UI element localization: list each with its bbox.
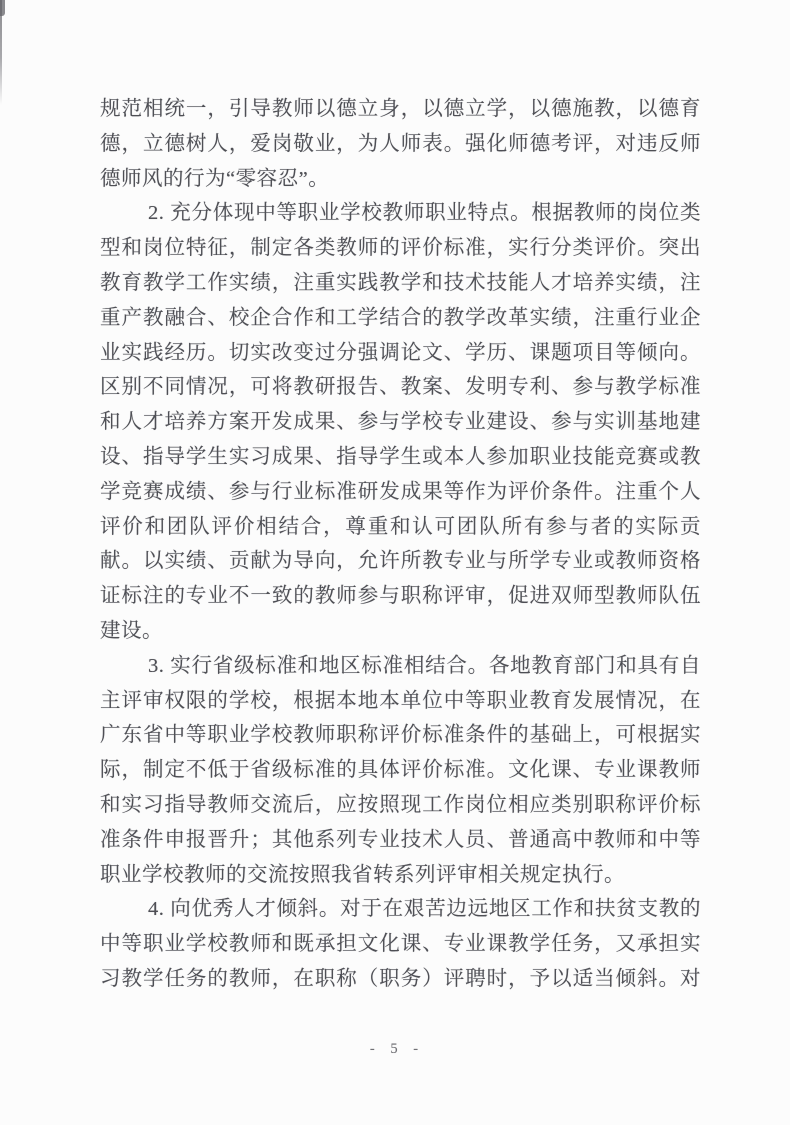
text-line: 和实习指导教师交流后，应按照现工作岗位相应类别职称评价标 [100,788,701,823]
text-line: 主评审权限的学校，根据本地本单位中等职业教育发展情况，在 [100,684,701,719]
text-line: 3. 实行省级标准和地区标准相结合。各地教育部门和具有自 [100,649,701,684]
text-line: 广东省中等职业学校教师职称评价标准条件的基础上，可根据实 [100,718,701,753]
text-line: 中等职业学校教师和既承担文化课、专业课教学任务，又承担实 [100,927,701,962]
text-line: 区别不同情况，可将教研报告、教案、发明专利、参与教学标准 [100,370,701,405]
page-footer: - 5 - [0,1040,790,1058]
text-line: 习教学任务的教师，在职称（职务）评聘时，予以适当倾斜。对 [100,962,701,997]
scan-artifact-corner-mark [0,0,5,16]
text-line: 规范相统一，引导教师以德立身，以德立学，以德施教，以德育 [100,92,701,127]
text-line: 学竞赛成绩、参与行业标准研发成果等作为评价条件。注重个人 [100,475,701,510]
text-line: 建设。 [100,614,701,649]
document-body: 规范相统一，引导教师以德立身，以德立学，以德施教，以德育德，立德树人，爱岗敬业，… [100,92,701,997]
text-line: 设、指导学生实习成果、指导学生或本人参加职业技能竞赛或教 [100,440,701,475]
text-line: 和人才培养方案开发成果、参与学校专业建设、参与实训基地建 [100,405,701,440]
text-line: 职业学校教师的交流按照我省转系列评审相关规定执行。 [100,858,701,893]
text-line: 2. 充分体现中等职业学校教师职业特点。根据教师的岗位类 [100,196,701,231]
text-line: 德师风的行为“零容忍”。 [100,162,701,197]
text-line: 型和岗位特征，制定各类教师的评价标准，实行分类评价。突出 [100,231,701,266]
text-line: 业实践经历。切实改变过分强调论文、学历、课题项目等倾向。 [100,336,701,371]
text-line: 准条件申报晋升；其他系列专业技术人员、普通高中教师和中等 [100,823,701,858]
text-line: 4. 向优秀人才倾斜。对于在艰苦边远地区工作和扶贫支教的 [100,892,701,927]
text-line: 教育教学工作实绩，注重实践教学和技术技能人才培养实绩，注 [100,266,701,301]
text-line: 证标注的专业不一致的教师参与职称评审，促进双师型教师队伍 [100,579,701,614]
text-line: 评价和团队评价相结合，尊重和认可团队所有参与者的实际贡 [100,510,701,545]
text-line: 德，立德树人，爱岗敬业，为人师表。强化师德考评，对违反师 [100,127,701,162]
text-line: 献。以实绩、贡献为导向，允许所教专业与所学专业或教师资格 [100,544,701,579]
document-page: 规范相统一，引导教师以德立身，以德立学，以德施教，以德育德，立德树人，爱岗敬业，… [0,0,790,1125]
text-line: 际，制定不低于省级标准的具体评价标准。文化课、专业课教师 [100,753,701,788]
page-number: - 5 - [370,1041,420,1057]
text-line: 重产教融合、校企合作和工学结合的教学改革实绩，注重行业企 [100,301,701,336]
